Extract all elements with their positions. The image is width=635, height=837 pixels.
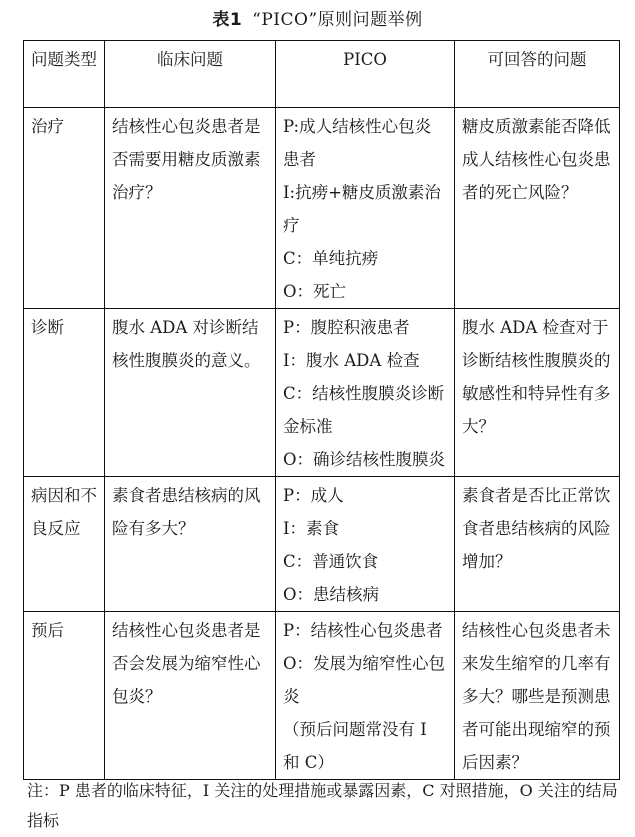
table-footnote: 注：P 患者的临床特征，I 关注的处理措施或暴露因素，C 对照措施，O 关注的结… bbox=[27, 776, 627, 836]
pico-p: P:成人结核性心包炎患者 bbox=[283, 110, 447, 176]
cell-clinical-question: 结核性心包炎患者是否会发展为缩窄性心包炎？ bbox=[105, 612, 276, 780]
header-pico: PICO bbox=[276, 41, 455, 108]
pico-p: P：腹腔积液患者 bbox=[283, 311, 447, 344]
cell-clinical-question: 结核性心包炎患者是否需要用糖皮质激素治疗？ bbox=[105, 108, 276, 309]
table-row-prognosis: 预后 结核性心包炎患者是否会发展为缩窄性心包炎？ P：结核性心包炎患者 O：发展… bbox=[24, 612, 620, 780]
pico-c: C：结核性腹膜炎诊断金标准 bbox=[283, 377, 447, 443]
pico-p: P：结核性心包炎患者 bbox=[283, 614, 447, 647]
table-title-text: “PICO”原则问题举例 bbox=[252, 10, 422, 30]
table-number: 表1 bbox=[212, 10, 242, 30]
pico-p: P：成人 bbox=[283, 479, 447, 512]
pico-i: I:抗痨+糖皮质激素治疗 bbox=[283, 176, 447, 242]
cell-answerable-question: 素食者是否比正常饮食者患结核病的风险增加？ bbox=[455, 477, 620, 612]
cell-clinical-question: 素食者患结核病的风险有多大？ bbox=[105, 477, 276, 612]
cell-answerable-question: 糖皮质激素能否降低成人结核性心包炎患者的死亡风险？ bbox=[455, 108, 620, 309]
pico-table: 问题类型 临床问题 PICO 可回答的问题 治疗 结核性心包炎患者是否需要用糖皮… bbox=[23, 40, 620, 780]
table-header-row: 问题类型 临床问题 PICO 可回答的问题 bbox=[24, 41, 620, 108]
pico-o: O：发展为缩窄性心包炎 bbox=[283, 647, 447, 713]
pico-note: （预后问题常没有 I 和 C） bbox=[283, 713, 447, 779]
cell-pico: P：腹腔积液患者 I：腹水 ADA 检查 C：结核性腹膜炎诊断金标准 O：确诊结… bbox=[276, 309, 455, 477]
cell-pico: P：成人 I：素食 C：普通饮食 O：患结核病 bbox=[276, 477, 455, 612]
cell-pico: P：结核性心包炎患者 O：发展为缩窄性心包炎 （预后问题常没有 I 和 C） bbox=[276, 612, 455, 780]
pico-c: C：单纯抗痨 bbox=[283, 242, 447, 275]
cell-clinical-question: 腹水 ADA 对诊断结核性腹膜炎的意义。 bbox=[105, 309, 276, 477]
table-row-etiology: 病因和不良反应 素食者患结核病的风险有多大？ P：成人 I：素食 C：普通饮食 … bbox=[24, 477, 620, 612]
table-row-treatment: 治疗 结核性心包炎患者是否需要用糖皮质激素治疗？ P:成人结核性心包炎患者 I:… bbox=[24, 108, 620, 309]
table-row-diagnosis: 诊断 腹水 ADA 对诊断结核性腹膜炎的意义。 P：腹腔积液患者 I：腹水 AD… bbox=[24, 309, 620, 477]
pico-i: I：素食 bbox=[283, 512, 447, 545]
cell-answerable-question: 腹水 ADA 检查对于诊断结核性腹膜炎的敏感性和特异性有多大？ bbox=[455, 309, 620, 477]
cell-type: 预后 bbox=[24, 612, 105, 780]
pico-o: O：死亡 bbox=[283, 275, 447, 308]
cell-type: 治疗 bbox=[24, 108, 105, 309]
pico-c: C：普通饮食 bbox=[283, 545, 447, 578]
header-question-type: 问题类型 bbox=[24, 41, 105, 108]
header-clinical-question: 临床问题 bbox=[105, 41, 276, 108]
pico-i: I：腹水 ADA 检查 bbox=[283, 344, 447, 377]
pico-o: O：确诊结核性腹膜炎 bbox=[283, 443, 447, 476]
table-title: 表1“PICO”原则问题举例 bbox=[0, 8, 635, 32]
cell-type: 诊断 bbox=[24, 309, 105, 477]
cell-answerable-question: 结核性心包炎患者未来发生缩窄的几率有多大？哪些是预测患者可能出现缩窄的预后因素？ bbox=[455, 612, 620, 780]
cell-pico: P:成人结核性心包炎患者 I:抗痨+糖皮质激素治疗 C：单纯抗痨 O：死亡 bbox=[276, 108, 455, 309]
header-answerable-question: 可回答的问题 bbox=[455, 41, 620, 108]
pico-o: O：患结核病 bbox=[283, 578, 447, 611]
cell-type: 病因和不良反应 bbox=[24, 477, 105, 612]
